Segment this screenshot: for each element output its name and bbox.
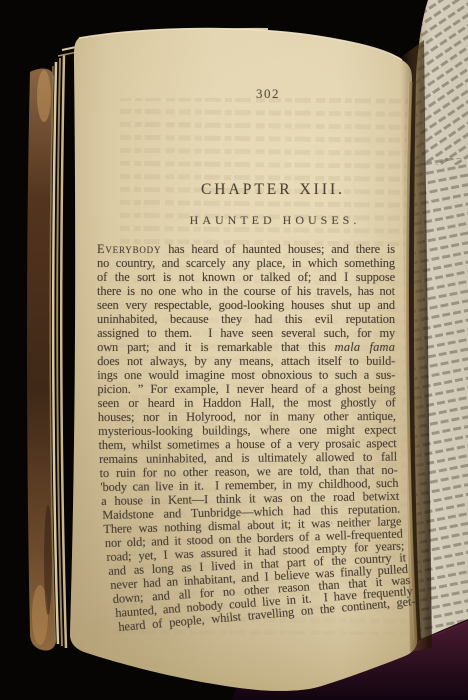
body-line: picion. ” For example, I never heard of …	[97, 382, 395, 396]
open-book-photo: 302 CHAPTER XIII. HAUNTED HOUSES. Everyb…	[0, 0, 468, 700]
body-line: own part; and it is remarkable that this…	[97, 340, 395, 354]
body-line: assigned to them. I have seen several su…	[97, 326, 395, 340]
chapter-heading: CHAPTER XIII.	[201, 181, 345, 199]
body-line: does not always, by any means, attach it…	[97, 354, 395, 368]
body-line: seen or heard in Haddon Hall, the most g…	[98, 395, 396, 410]
body-line: no country, and scarcely any place, in w…	[97, 256, 395, 270]
body-line: of the sort is not known or talked of; a…	[97, 270, 395, 284]
printed-page-content: 302 CHAPTER XIII. HAUNTED HOUSES. Everyb…	[0, 0, 468, 700]
body-line: ings one would imagine most obnoxious to…	[97, 368, 395, 382]
small-caps-lead-word: Everybody	[97, 242, 161, 256]
section-heading: HAUNTED HOUSES.	[190, 213, 361, 228]
body-line: Everybody has heard of haunted houses; a…	[97, 242, 395, 256]
body-line: houses; nor in Holyrood, nor in many oth…	[98, 409, 396, 424]
body-paragraph: Everybody has heard of haunted houses; a…	[97, 242, 395, 634]
page-number: 302	[256, 86, 280, 102]
body-line: there is no one who in the course of his…	[97, 284, 395, 298]
body-line: seen very respectable, good-looking hous…	[97, 298, 395, 312]
italic-phrase: mala fama	[335, 340, 395, 354]
body-line: uninhabited, because they had this evil …	[97, 312, 395, 326]
